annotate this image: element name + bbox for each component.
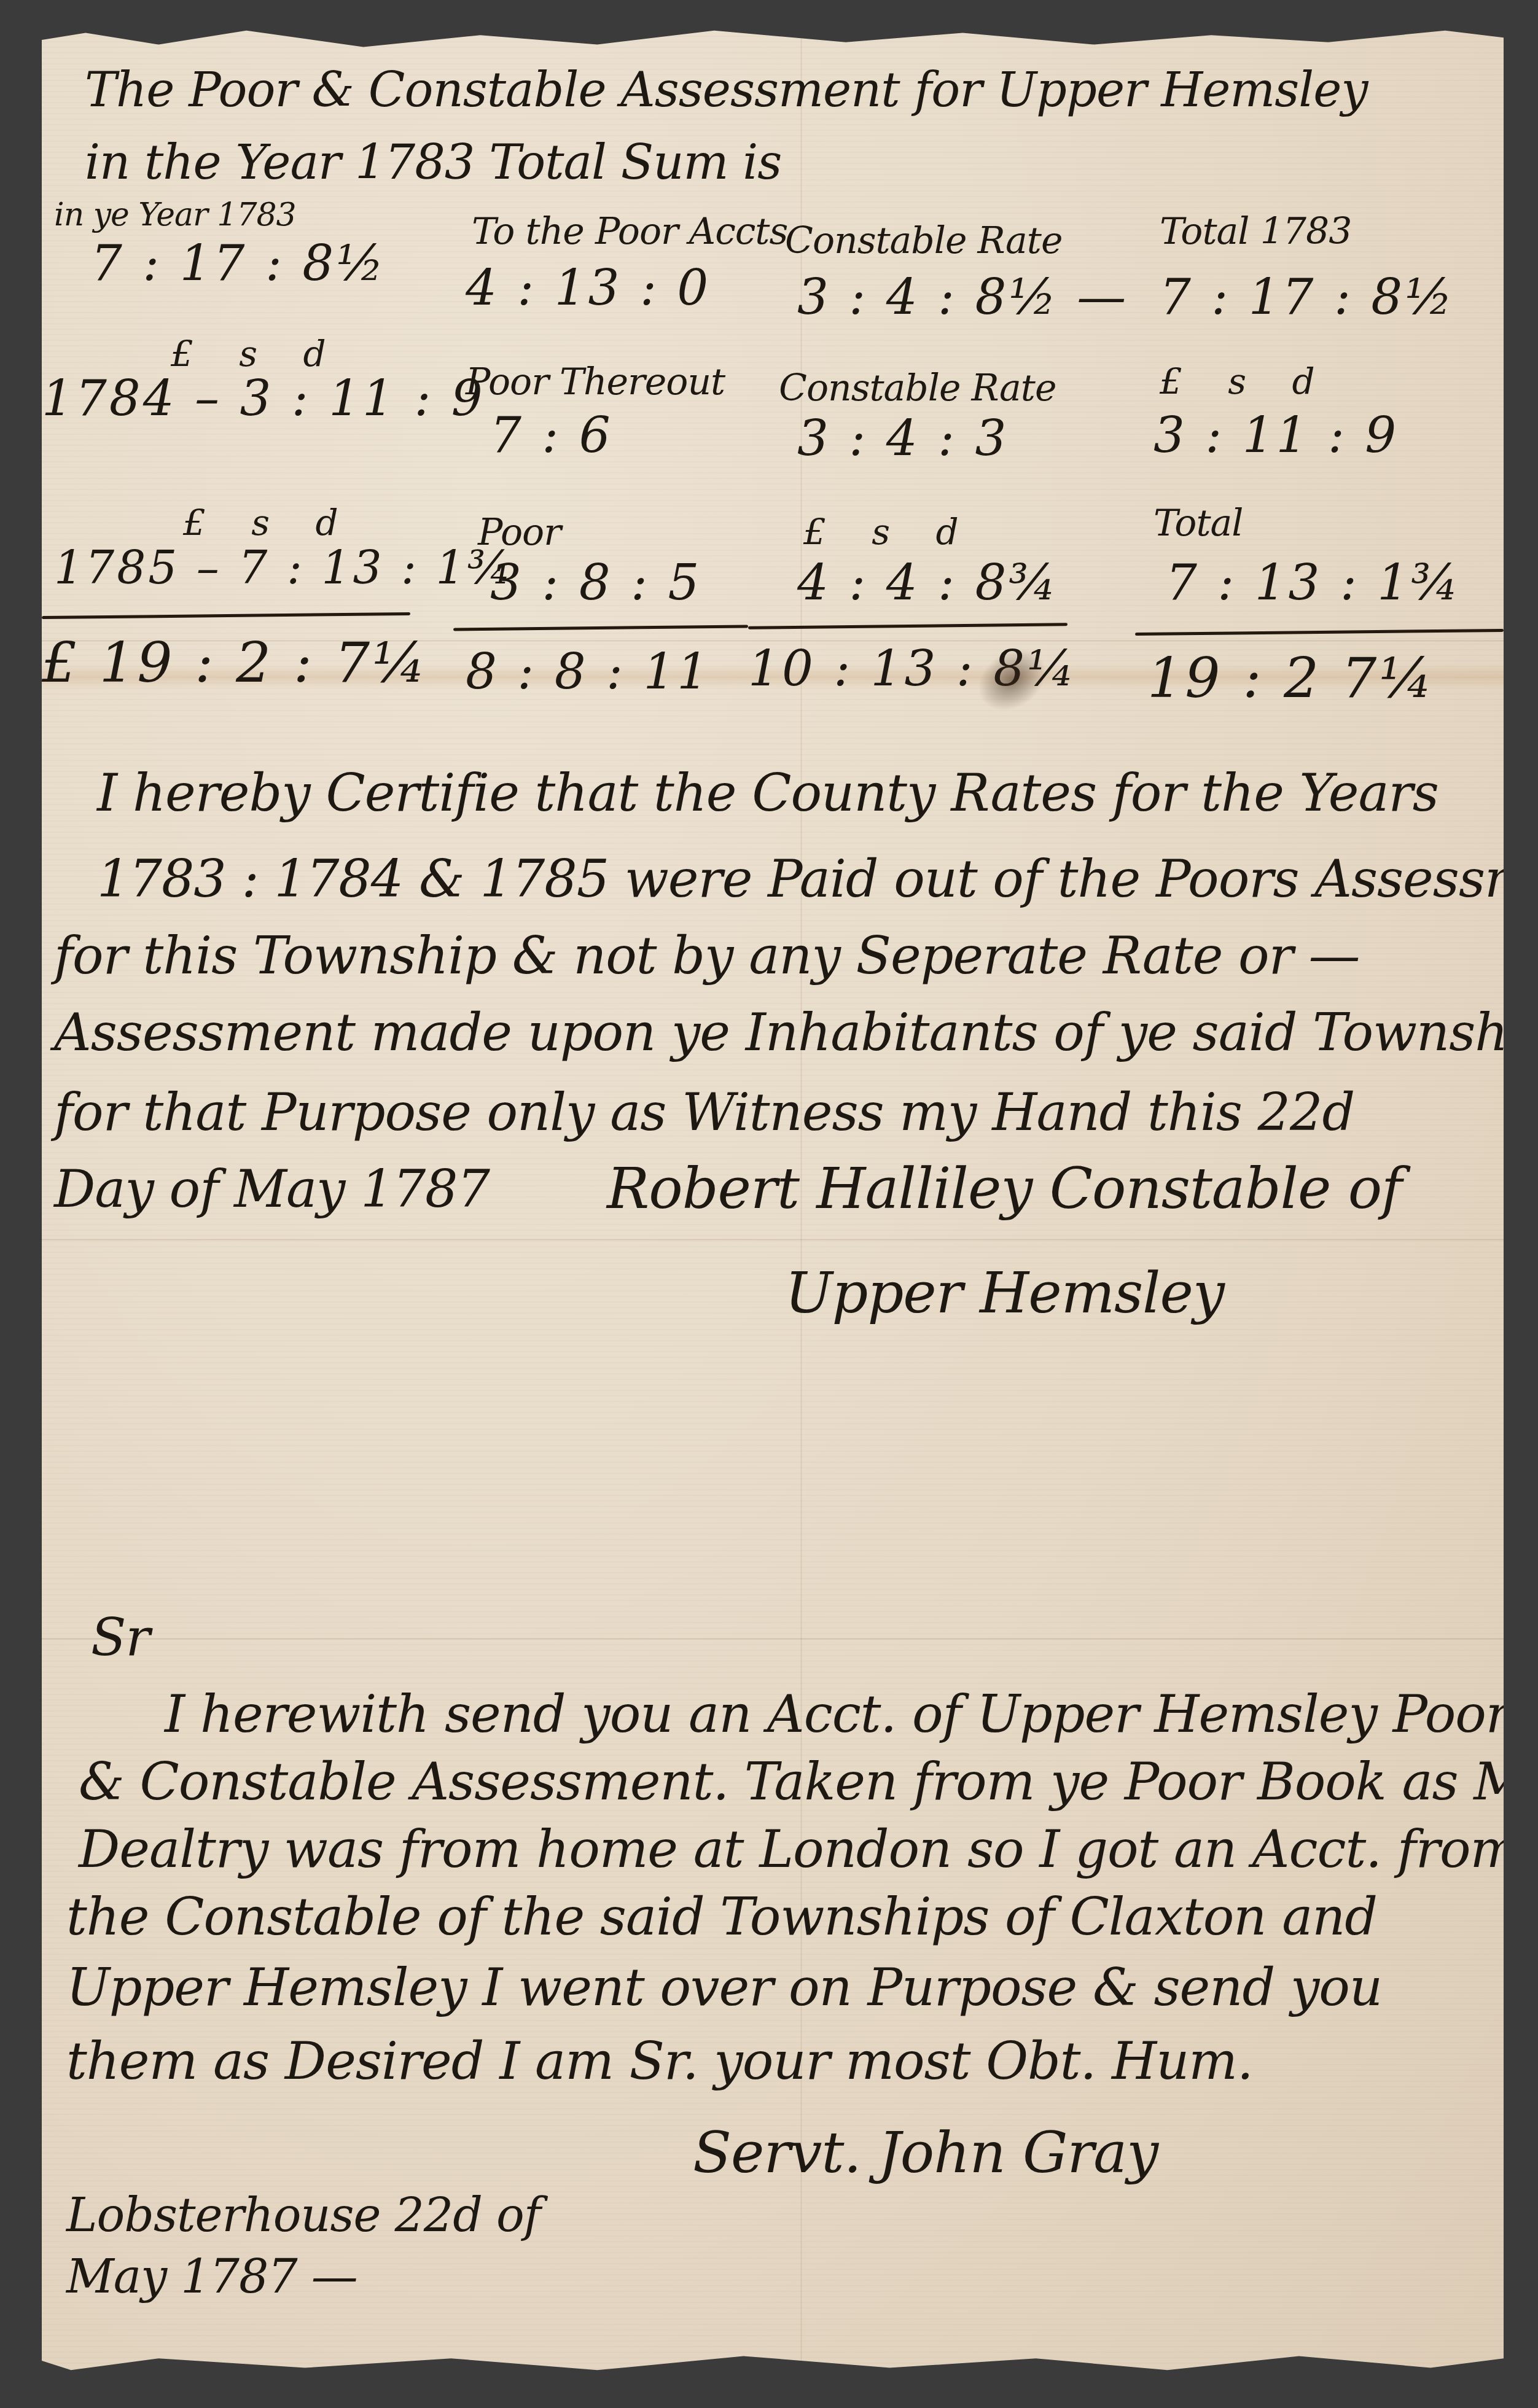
ledger-sum: 8 : 8 : 11 [466,643,711,700]
certificate-line: Assessment made upon ye Inhabitants of y… [54,1002,1538,1062]
letter-line: Dealtry was from home at London so I got… [79,1819,1518,1879]
sum-rule [453,625,748,631]
ledger-label: Constable Rate [779,367,1056,410]
ledger-units: £ s d [183,502,356,544]
ledger-label: Poor [478,511,561,554]
ledger-label: Poor Thereout [466,360,725,403]
constable-signature-place: Upper Hemsley [785,1260,1224,1326]
ledger-label: To the Poor Accts [472,210,787,253]
ledger-value: 4 : 4 : 8¾ [797,554,1059,611]
letter-line: them as Desired I am Sr. your most Obt. … [66,2031,1253,2091]
ledger-value: 3 : 4 : 3 [797,410,1009,467]
letter-line: the Constable of the said Townships of C… [66,1887,1377,1947]
sum-rule [42,612,410,619]
letter-place-date: Lobsterhouse 22d of [66,2188,541,2242]
ledger-value: 7 : 6 [490,407,613,464]
ledger-value: 4 : 13 : 0 [466,259,711,316]
document-sheet: The Poor & Constable Assessment for Uppe… [42,26,1504,2375]
ledger-value: 3 : 4 : 8½ — [797,268,1128,325]
letter-salutation: Sr [91,1607,150,1667]
certificate-line: 1783 : 1784 & 1785 were Paid out of the … [97,849,1538,909]
ledger-value: 7 : 13 : 1¾ [1166,554,1461,611]
certificate-date: Day of May 1787 [54,1159,490,1219]
ledger-units: £ s d [1160,360,1332,402]
letter-place-date: May 1787 — [66,2249,357,2304]
constable-signature: Robert Halliley Constable of [607,1156,1402,1222]
ledger-units: £ s d [803,511,976,553]
letter-line: I herewith send you an Acct. of Upper He… [165,1684,1510,1744]
ledger-units: £ s d [171,333,343,375]
ledger-value: 1785 – 7 : 13 : 1¾ [54,542,513,594]
ledger-label: Total [1153,502,1243,545]
fold-crease [42,1638,1504,1640]
certificate-line: for this Township & not by any Seperate … [54,925,1360,986]
certificate-line: for that Purpose only as Witness my Hand… [54,1082,1354,1142]
ledger-label: Total 1783 [1160,210,1351,253]
letter-signature: Servt. John Gray [693,2120,1158,2186]
ledger-sum: 19 : 2 7¼ [1147,646,1435,711]
letter-line: Upper Hemsley I went over on Purpose & s… [66,1957,1382,2017]
ledger-value: 3 : 11 : 9 [1153,407,1399,464]
fold-crease [42,1239,1504,1241]
sum-rule [748,623,1068,629]
ledger-label: Constable Rate [785,219,1062,262]
ledger-label: in ye Year 1783 [54,197,296,233]
ledger-value: 3 : 8 : 5 [490,554,701,611]
ledger-value: 7 : 17 : 8½ [91,235,386,292]
document-title-line-2: in the Year 1783 Total Sum is [85,135,781,190]
letter-line: & Constable Assessment. Taken from ye Po… [79,1751,1538,1812]
ledger-sum: £ 19 : 2 : 7¼ [42,631,428,695]
document-title-line-1: The Poor & Constable Assessment for Uppe… [85,63,1368,118]
ledger-value: 1784 – 3 : 11 : 9 [42,370,485,427]
ledger-value: 7 : 17 : 8½ [1160,268,1455,325]
sum-rule [1135,629,1504,636]
certificate-line: I hereby Certifie that the County Rates … [97,763,1438,823]
